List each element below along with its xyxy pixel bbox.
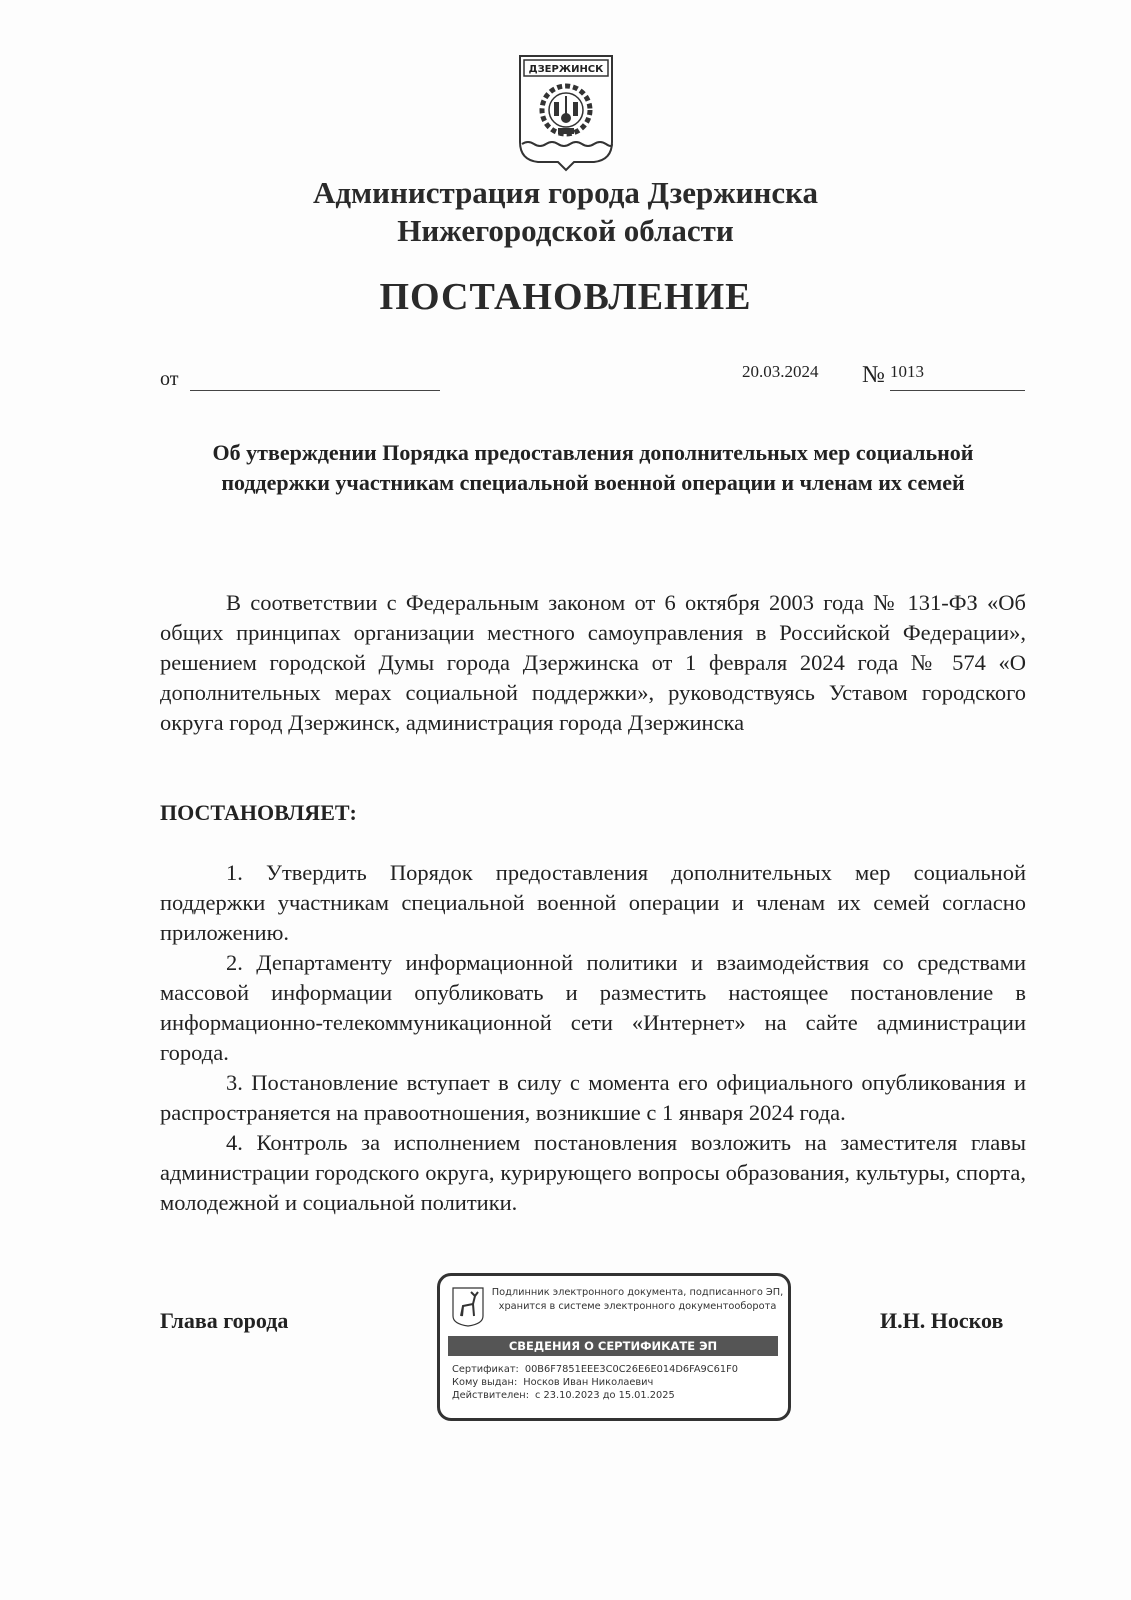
validity-row: Действителен:с 23.10.2023 до 15.01.2025 [452,1390,675,1401]
stamp-notice: Подлинник электронного документа, подпис… [490,1286,785,1314]
stamp-header-bar: СВЕДЕНИЯ О СЕРТИФИКАТЕ ЭП [448,1336,778,1356]
resolution-items: 1. Утвердить Порядок предоставления допо… [160,858,1026,1218]
document-number: 1013 [890,362,924,382]
certificate-value: 00B6F7851EEE3C0C26E6E014D6FA9C61F0 [525,1364,738,1375]
resolution-item: 3. Постановление вступает в силу с момен… [160,1068,1026,1128]
issued-to-label: Кому выдан: [452,1377,517,1388]
issued-to-value: Носков Иван Николаевич [523,1377,653,1388]
validity-label: Действителен: [452,1390,529,1401]
signatory-position: Глава города [160,1308,288,1334]
preamble-paragraph: В соответствии с Федеральным законом от … [160,588,1026,738]
certificate-row: Сертификат:00B6F7851EEE3C0C26E6E014D6FA9… [452,1364,738,1375]
electronic-signature-stamp: Подлинник электронного документа, подпис… [437,1273,791,1421]
resolves-heading: ПОСТАНОВЛЯЕТ: [160,800,357,826]
document-page: ДЗЕРЖИНСК Администрация города Дзержинск… [0,0,1131,1600]
organization-name: Администрация города Дзержинска [0,174,1131,212]
resolution-item: 1. Утвердить Порядок предоставления допо… [160,858,1026,948]
document-title: Об утверждении Порядка предоставления до… [160,438,1026,498]
from-label: от [160,368,178,391]
document-date: 20.03.2024 [742,362,819,382]
number-sign: № [862,362,885,389]
validity-value: с 23.10.2023 до 15.01.2025 [535,1390,675,1401]
resolution-item: 2. Департаменту информационной политики … [160,948,1026,1068]
stamp-notice-line: хранится в системе электронного документ… [490,1300,785,1314]
issued-to-row: Кому выдан:Носков Иван Николаевич [452,1377,653,1388]
signatory-name: И.Н. Носков [880,1308,1003,1334]
from-date-line [190,390,440,391]
organization-region: Нижегородской области [0,212,1131,250]
city-coat-of-arms-icon: ДЗЕРЖИНСК [516,52,616,172]
svg-text:ДЗЕРЖИНСК: ДЗЕРЖИНСК [529,64,604,75]
number-line [890,390,1025,391]
stamp-notice-line: Подлинник электронного документа, подпис… [490,1286,785,1300]
resolution-item: 4. Контроль за исполнением постановления… [160,1128,1026,1218]
deer-coat-of-arms-icon [451,1286,485,1328]
document-type: ПОСТАНОВЛЕНИЕ [0,275,1131,319]
certificate-label: Сертификат: [452,1364,519,1375]
